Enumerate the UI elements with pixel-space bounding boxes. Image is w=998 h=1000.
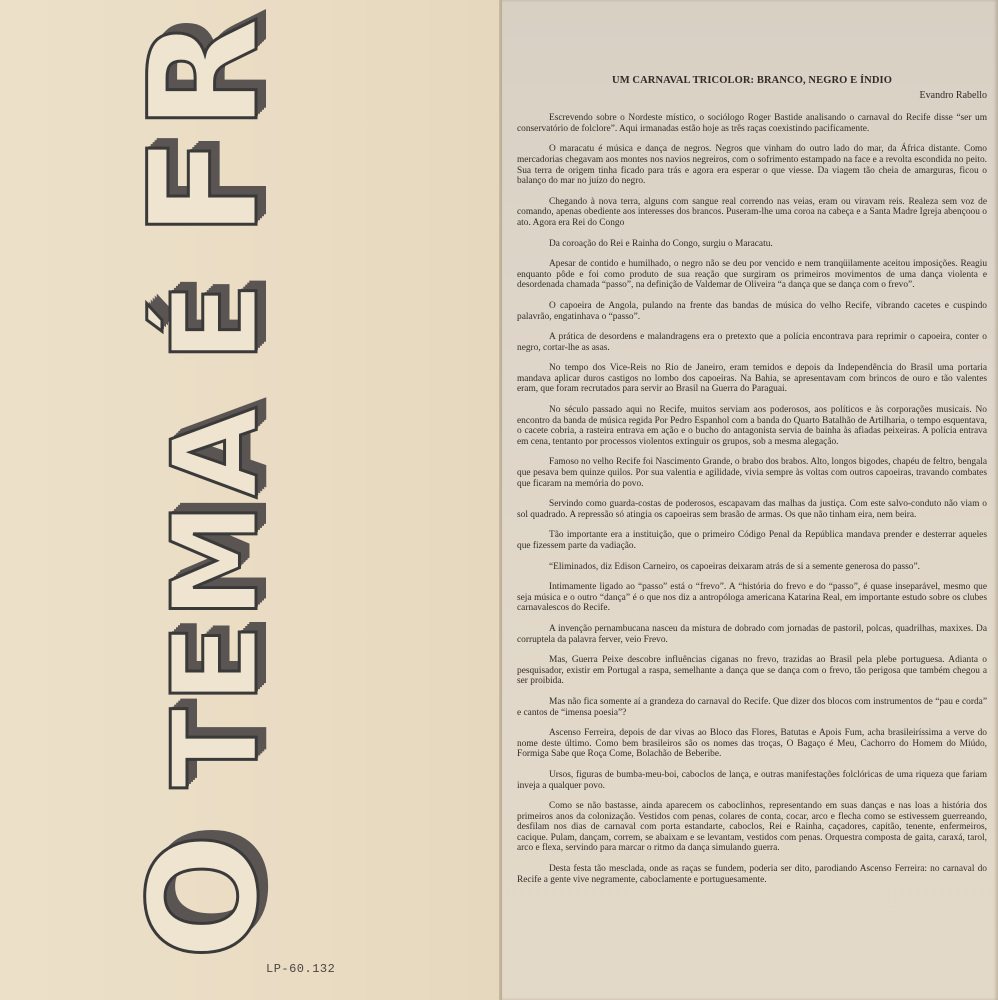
article-paragraph: Ascenso Ferreira, depois de dar vivas ao… (517, 728, 987, 760)
article-paragraph: No tempo dos Vice-Reis no Rio de Janeiro… (517, 363, 987, 395)
article-paragraph: Como se não bastasse, ainda aparecem os … (517, 801, 987, 854)
article-paragraph: Chegando à nova terra, alguns com sangue… (517, 197, 987, 229)
article-title: UM CARNAVAL TRICOLOR: BRANCO, NEGRO E ÍN… (517, 76, 987, 87)
article-paragraph: O maracatu é música e dança de negros. N… (517, 144, 987, 186)
title-word-frevo: FREVO (130, 0, 280, 238)
article-paragraph: A invenção pernambucana nasceu da mistur… (517, 624, 987, 645)
article-body: Escrevendo sobre o Nordeste místico, o s… (517, 113, 987, 885)
article-paragraph: Ursos, figuras de bumba-meu-boi, caboclo… (517, 770, 987, 791)
article-paragraph: Escrevendo sobre o Nordeste místico, o s… (517, 113, 987, 134)
title-word-tema: TEMA (156, 403, 274, 789)
article-paragraph: A prática de desordens e malandragens er… (517, 332, 987, 353)
article-paragraph: Desta festa tão mesclada, onde as raças … (517, 864, 987, 885)
article-author: Evandro Rabello (517, 91, 987, 102)
article-paragraph: Da coroação do Rei e Rainha do Congo, su… (517, 239, 987, 250)
article-paragraph: Famoso no velho Recife foi Nascimento Gr… (517, 457, 987, 489)
article-paragraph: Intimamente ligado ao “passo” está o “fr… (517, 582, 987, 614)
article-paragraph: Tão importante era a instituição, que o … (517, 530, 987, 551)
article-paragraph: O capoeira de Angola, pulando na frente … (517, 301, 987, 322)
cover-title: OTEMAÉFREVO (130, 0, 280, 960)
article-paragraph: Mas, Guerra Peixe descobre influências c… (517, 655, 987, 687)
article-paragraph: Mas não fica somente aí a grandeza do ca… (517, 697, 987, 718)
article-paragraph: “Eliminados, diz Edison Carneiro, os cap… (517, 562, 987, 573)
cover-left-panel: OTEMAÉFREVO LP-60.132 (0, 0, 500, 1000)
title-word-o: O (130, 828, 280, 960)
article-paragraph: Servindo como guarda-costas de poderosos… (517, 499, 987, 520)
liner-notes-article: UM CARNAVAL TRICOLOR: BRANCO, NEGRO E ÍN… (517, 72, 987, 895)
article-paragraph: No século passado aqui no Recife, muitos… (517, 405, 987, 447)
title-word-e: É (156, 278, 274, 363)
article-paragraph: Apesar de contido e humilhado, o negro n… (517, 259, 987, 291)
catalog-number: LP-60.132 (266, 962, 335, 976)
